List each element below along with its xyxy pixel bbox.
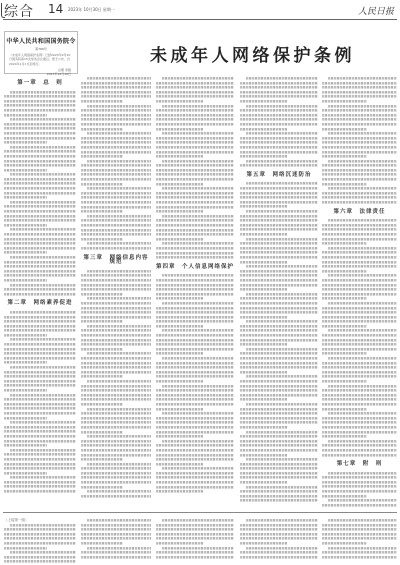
body-text-line (156, 255, 234, 260)
continued-col-3 (156, 518, 234, 565)
body-text-line (240, 498, 318, 503)
chapter-heading: 第三章 网络信息内容规范 (81, 256, 151, 265)
article-headline: 未成年人网络保护条例 (150, 41, 355, 66)
body-text-line (240, 555, 318, 560)
body-text-line (156, 555, 234, 560)
article-divider (3, 512, 397, 513)
body-text-line (240, 163, 318, 168)
continued-col-2 (81, 518, 151, 565)
body-text-line (4, 292, 76, 297)
decree-title: 中华人民共和国国务院令 (5, 36, 77, 45)
body-text-line (81, 494, 151, 499)
section-name: 综合 (4, 1, 34, 21)
state-council-decree-box: 中华人民共和国国务院令 第766号 《未成年人网络保护条例》已经2023年9月2… (4, 31, 78, 74)
body-text-line (322, 200, 397, 205)
body-text-line (322, 503, 397, 508)
newspaper-logo: 人民日报 (358, 4, 394, 17)
continued-col-1: （上接第一版） (4, 518, 76, 565)
chapter-heading: 第四章 个人信息网络保护 (156, 265, 234, 270)
chapter-heading: 第一章 总 则 (4, 81, 76, 86)
decree-body: 《未成年人网络保护条例》已经2023年9月20日国务院第15次常务会议通过，现予… (5, 51, 77, 68)
body-text-line (4, 489, 76, 494)
page-number: 14 (48, 2, 63, 16)
body-text-line (4, 559, 76, 564)
header-rule (3, 19, 397, 20)
column-4: 第五章 网络沉迷防治 (240, 76, 318, 508)
body-text-line (81, 246, 151, 251)
chapter-heading: 第六章 法律责任 (322, 210, 397, 215)
chapter-heading: 第二章 网络素养促进 (4, 301, 76, 306)
body-text-line (81, 555, 151, 560)
column-3: 第四章 个人信息网络保护 (156, 76, 234, 508)
continued-col-5 (322, 518, 397, 565)
body-text-line (156, 489, 203, 494)
body-text-line (322, 453, 397, 458)
masthead: 综合 14 2023年 10月30日 星期一 人民日报 (0, 0, 400, 20)
column-5: 第六章 法律责任 第七章 附 则 (322, 76, 397, 508)
issue-date: 2023年 10月30日 星期一 (68, 7, 115, 13)
body-text-line (322, 555, 397, 560)
column-2: 第三章 网络信息内容规范 (81, 76, 151, 508)
continued-col-4 (240, 518, 318, 565)
column-1: 第一章 总 则 第二章 网络素养促进 (4, 76, 76, 508)
chapter-heading: 第七章 附 则 (322, 462, 397, 467)
chapter-heading: 第五章 网络沉迷防治 (240, 173, 318, 178)
